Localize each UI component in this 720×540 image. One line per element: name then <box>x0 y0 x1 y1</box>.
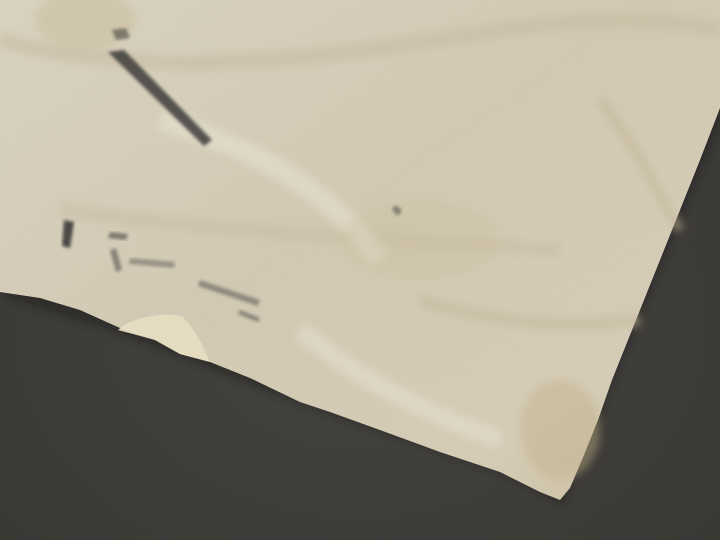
paper-photo <box>0 0 720 540</box>
photo-scene <box>0 0 720 540</box>
